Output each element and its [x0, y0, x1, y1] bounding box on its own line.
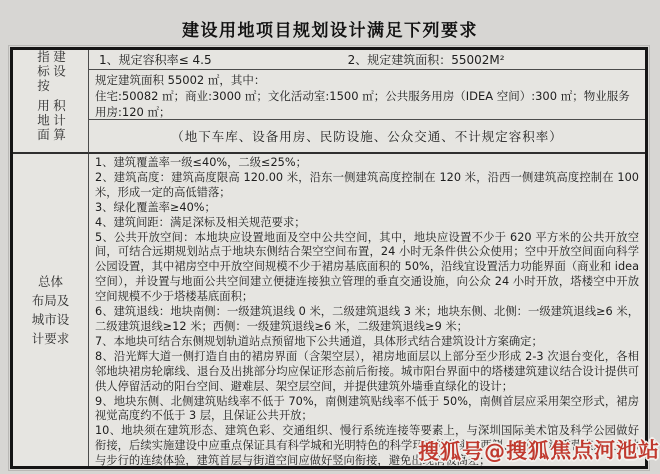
section2-label-text: 总体布局及城市设计要求 [32, 272, 70, 348]
plot-ratio-exclusions-text: （地下车库、设备用房、民防设施、公众交通、不计规定容积率） [171, 127, 563, 145]
requirement-item-6: 6、建筑退线：地块南侧：一级建筑退线 0 米，二级建筑退线 3 米；地块东侧、北… [95, 305, 639, 335]
requirement-item-3: 3、绿化覆盖率≥40%； [95, 201, 639, 216]
urban-design-requirements-body: 1、建筑覆盖率一级≤40%，二级≤25%； 2、建筑高度：建筑高度限高 120.… [89, 154, 645, 466]
requirement-item-2: 2、建筑高度：建筑高度限高 120.00 米，沿东一侧建筑高度控制在 120 米… [95, 171, 639, 201]
gfa-breakdown-intro: 规定建筑面积 55002 ㎡，其中： [95, 72, 637, 88]
section1-label-line1: 指标按建设 [35, 50, 67, 95]
section1-label-indicators-by-land-area: 指标按建设 用地面积计算 [13, 50, 89, 154]
plot-ratio-value: 1、规定容积率≤ 4.5 [89, 51, 344, 68]
requirement-item-1: 1、建筑覆盖率一级≤40%，二级≤25%； [95, 156, 639, 171]
requirement-item-5: 5、公共开放空间：本地块应设置地面及空中公共空间，其中，地块应设置不少于 620… [95, 231, 639, 306]
requirement-item-8: 8、沿光辉大道一侧打造自由的裙房界面（含架空层），裙房地面层以上部分至少形成 2… [95, 350, 639, 395]
requirement-item-9: 9、地块东侧、北侧建筑贴线率不低于 70%，南侧建筑贴线率不低于 50%，南侧首… [95, 395, 639, 425]
sohu-watermark: 搜狐号@搜狐焦点河池站 [418, 434, 660, 466]
page-title: 建设用地项目规划设计满足下列要求 [0, 16, 660, 41]
requirement-item-7: 7、本地块可结合东侧规划轨道站点预留地下公共通道，具体形式结合建筑设计方案确定； [95, 335, 639, 350]
row-gfa-breakdown: 规定建筑面积 55002 ㎡，其中： 住宅:50082 ㎡；商业:3000 ㎡；… [89, 70, 645, 120]
row-plot-ratio-exclusions: （地下车库、设备用房、民防设施、公众交通、不计规定容积率） [89, 120, 645, 154]
gfa-value: 2、规定建筑面积：55002M² [344, 51, 505, 68]
section2-label-overall-layout-urban-design: 总体布局及城市设计要求 [13, 154, 89, 466]
planning-requirements-table: 指标按建设 用地面积计算 1、规定容积率≤ 4.5 2、规定建筑面积：55002… [10, 47, 648, 469]
section1-label-line2: 用地面积计算 [35, 99, 67, 152]
requirement-item-4: 4、建筑间距：满足深标及相关规范要求； [95, 216, 639, 231]
row-plot-ratio-and-gfa: 1、规定容积率≤ 4.5 2、规定建筑面积：55002M² [89, 50, 645, 70]
gfa-breakdown-detail: 住宅:50082 ㎡；商业:3000 ㎡；文化活动室:1500 ㎡；公共服务用房… [95, 88, 637, 120]
